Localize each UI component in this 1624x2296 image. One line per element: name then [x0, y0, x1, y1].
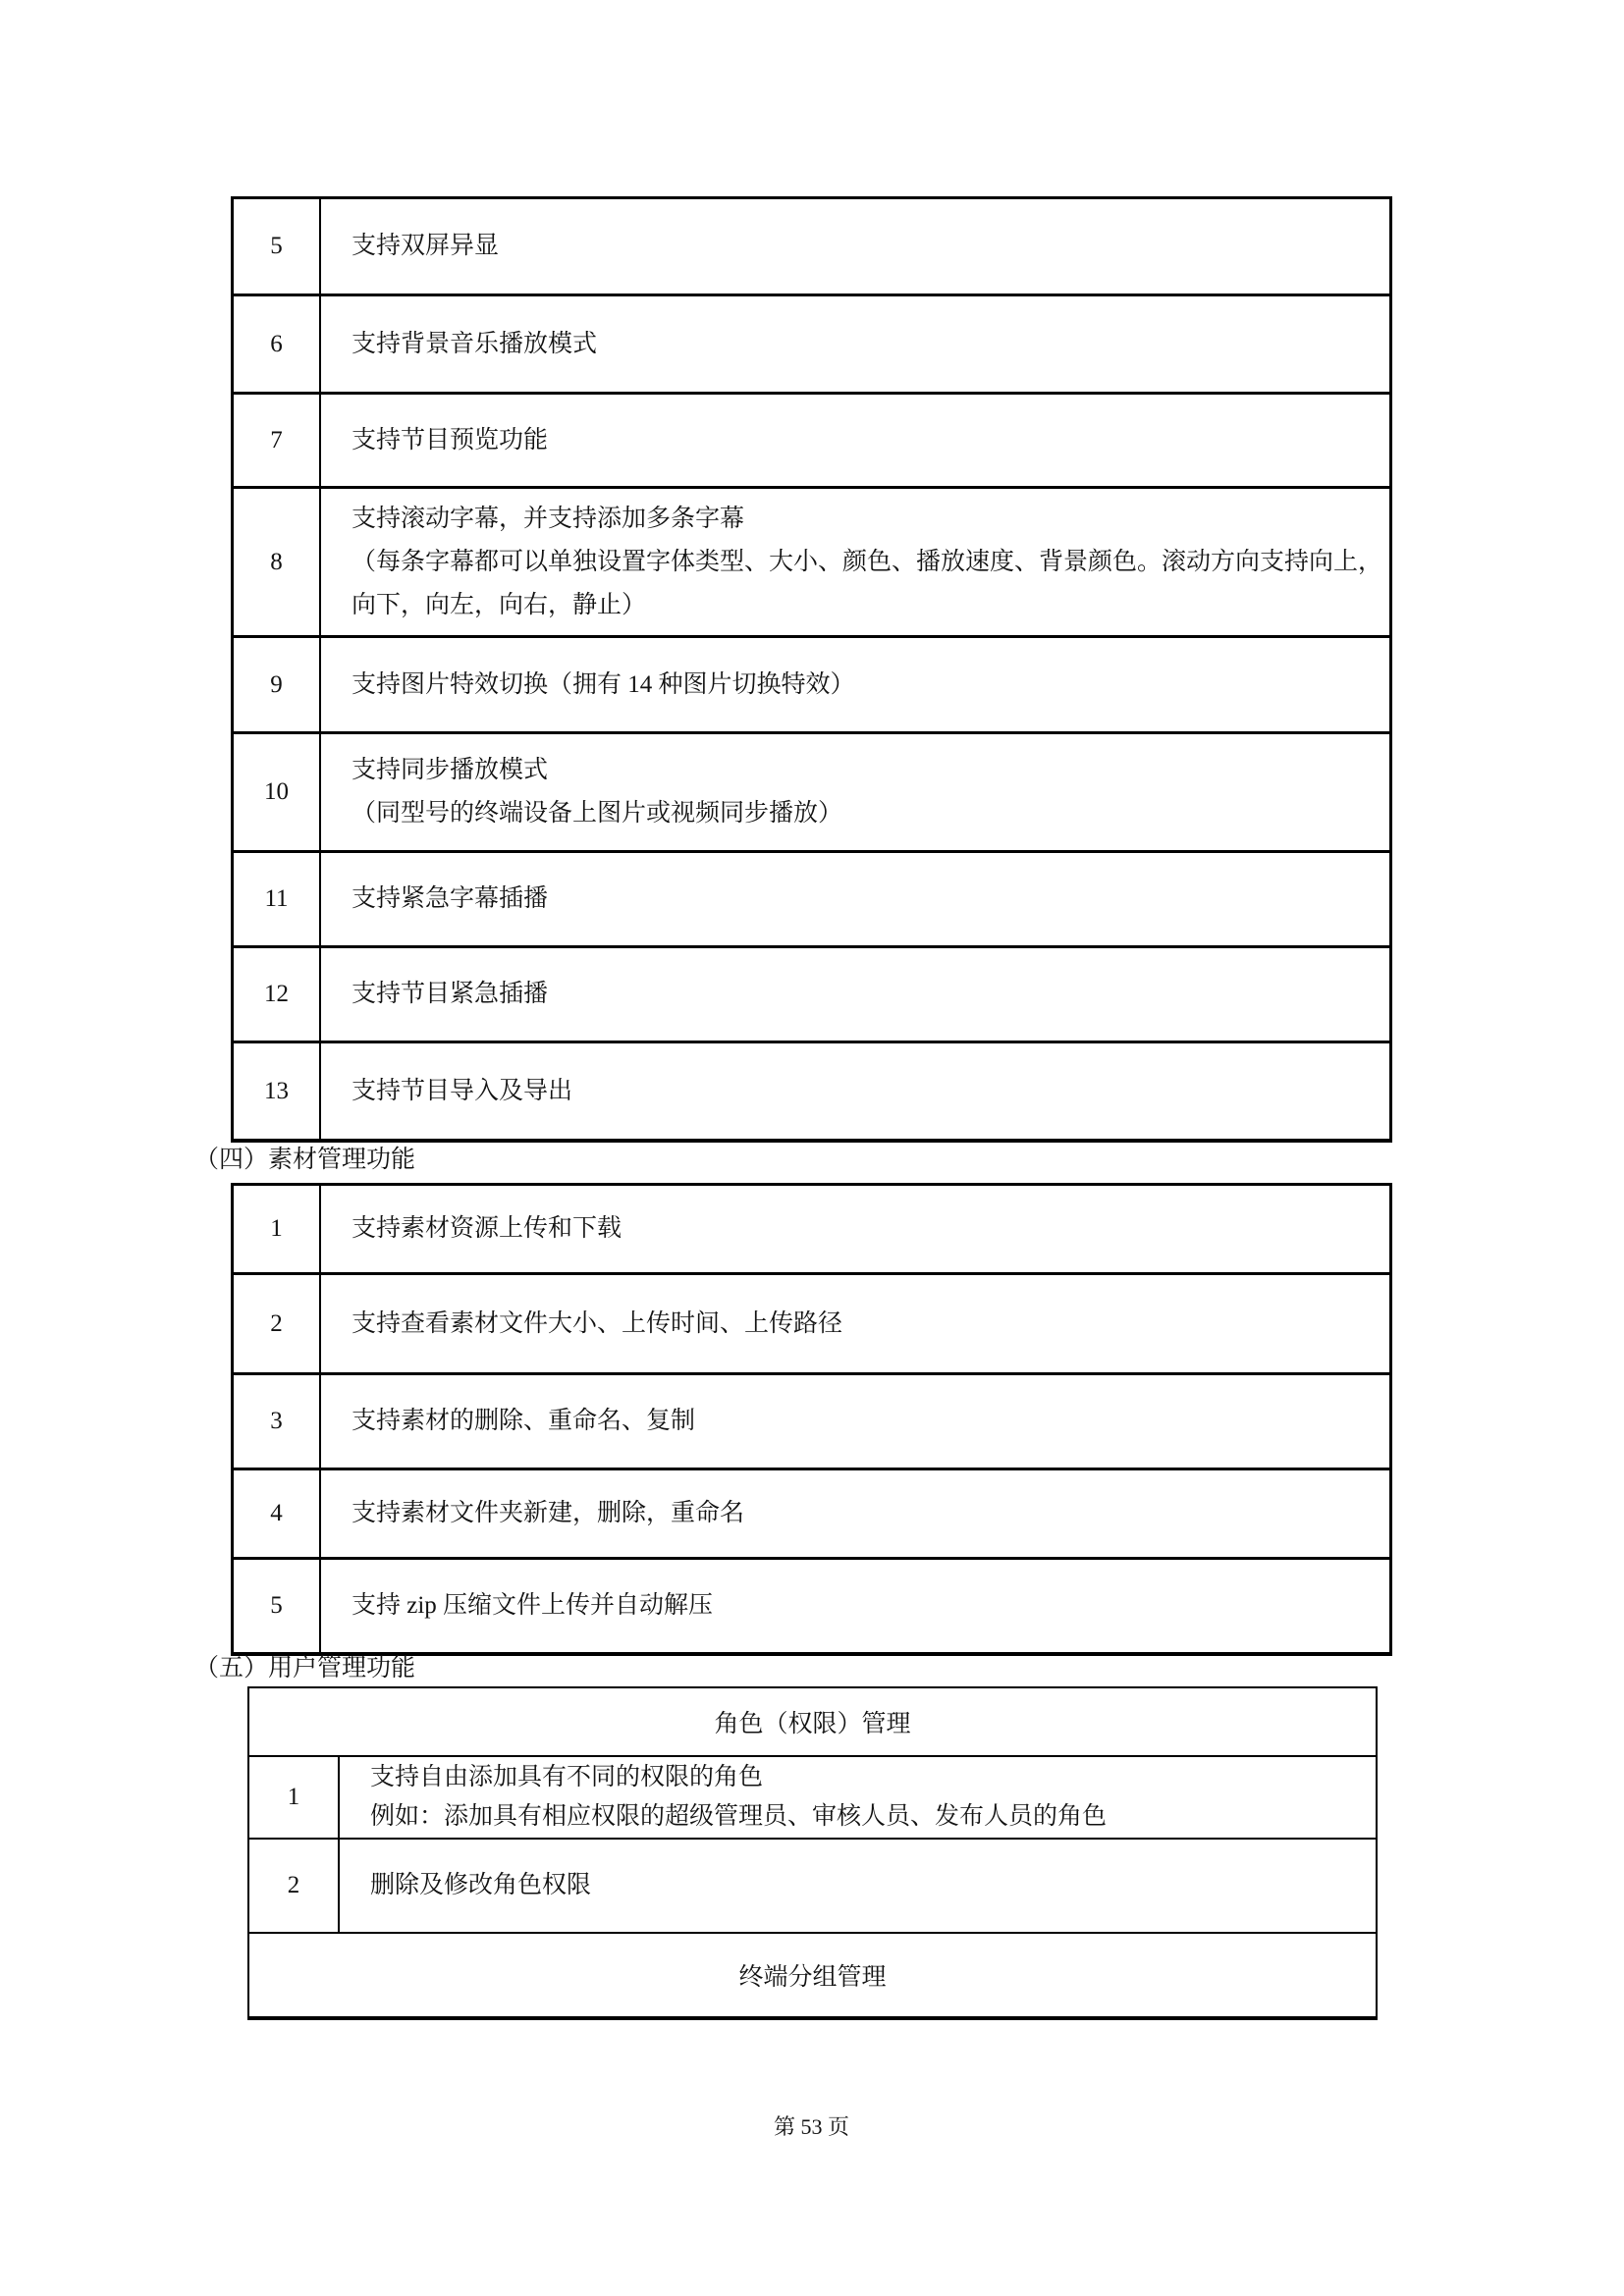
- row-text-line: 向下，向左，向右，静止）: [352, 584, 1382, 627]
- user-management-table: 角色（权限）管理 1 支持自由添加具有不同的权限的角色 例如：添加具有相应权限的…: [247, 1686, 1378, 2020]
- row-number: 1: [249, 1757, 340, 1838]
- row-content: 删除及修改角色权限: [340, 1840, 1376, 1932]
- row-content: 支持素材资源上传和下载: [321, 1186, 1389, 1272]
- table-row: 11 支持紧急字幕插播: [234, 853, 1389, 948]
- table-row: 12 支持节目紧急插播: [234, 948, 1389, 1043]
- table-row: 8 支持滚动字幕，并支持添加多条字幕 （每条字幕都可以单独设置字体类型、大小、颜…: [234, 489, 1389, 638]
- row-number: 1: [234, 1186, 321, 1272]
- row-number-text: 10: [264, 778, 289, 806]
- row-number-text: 1: [288, 1784, 300, 1811]
- row-text-line: 支持自由添加具有不同的权限的角色: [370, 1758, 1352, 1797]
- row-number-text: 13: [264, 1078, 289, 1105]
- table-row: 7 支持节目预览功能: [234, 395, 1389, 489]
- row-number: 7: [234, 395, 321, 486]
- row-number-text: 9: [270, 671, 283, 699]
- table-row: 2 支持查看素材文件大小、上传时间、上传路径: [234, 1275, 1389, 1375]
- row-number-text: 4: [270, 1500, 283, 1527]
- section-heading-material-management: （四）素材管理功能: [194, 1145, 415, 1176]
- row-text-line: 支持滚动字幕，并支持添加多条字幕: [352, 498, 1382, 541]
- row-number: 13: [234, 1043, 321, 1139]
- row-number: 5: [234, 1560, 321, 1652]
- row-content: 支持双屏异显: [321, 199, 1389, 294]
- table-group-header-row: 角色（权限）管理: [249, 1688, 1376, 1757]
- row-number-text: 8: [270, 549, 283, 576]
- row-number: 4: [234, 1470, 321, 1557]
- table-row: 13 支持节目导入及导出: [234, 1043, 1389, 1139]
- row-number: 9: [234, 638, 321, 731]
- row-content: 支持节目预览功能: [321, 395, 1389, 486]
- row-number-text: 5: [270, 233, 283, 260]
- row-text-line: 支持节目导入及导出: [352, 1070, 1366, 1113]
- row-number-text: 5: [270, 1592, 283, 1620]
- table-row: 5 支持 zip 压缩文件上传并自动解压: [234, 1560, 1389, 1652]
- row-number-text: 2: [270, 1310, 283, 1338]
- document-page: 5 支持双屏异显 6 支持背景音乐播放模式 7 支持节目预览功能 8 支持滚动字…: [0, 0, 1624, 2296]
- table-group-footer-row: 终端分组管理: [249, 1934, 1376, 2016]
- row-content: 支持 zip 压缩文件上传并自动解压: [321, 1560, 1389, 1652]
- row-text-line: 支持紧急字幕插播: [352, 878, 1366, 921]
- row-text-line: 支持素材的删除、重命名、复制: [352, 1400, 1366, 1443]
- table-row: 9 支持图片特效切换（拥有 14 种图片切换特效）: [234, 638, 1389, 734]
- row-content: 支持背景音乐播放模式: [321, 296, 1389, 392]
- row-text-line: 支持节目紧急插播: [352, 973, 1366, 1016]
- row-content: 支持素材文件夹新建，删除，重命名: [321, 1470, 1389, 1557]
- row-number-text: 3: [270, 1408, 283, 1435]
- row-number-text: 2: [288, 1872, 300, 1899]
- row-text-line: 支持双屏异显: [352, 225, 1366, 268]
- row-number: 2: [234, 1275, 321, 1372]
- row-text-line: 支持背景音乐播放模式: [352, 323, 1366, 366]
- row-text-line: 支持 zip 压缩文件上传并自动解压: [352, 1584, 1366, 1628]
- row-number-text: 12: [264, 981, 289, 1008]
- page-number: 第 53 页: [231, 2110, 1392, 2141]
- row-number-text: 1: [270, 1215, 283, 1243]
- section-heading-user-management: （五）用户管理功能: [194, 1653, 415, 1684]
- table-row: 1 支持自由添加具有不同的权限的角色 例如：添加具有相应权限的超级管理员、审核人…: [249, 1757, 1376, 1840]
- row-content: 支持自由添加具有不同的权限的角色 例如：添加具有相应权限的超级管理员、审核人员、…: [340, 1757, 1376, 1838]
- row-content: 支持紧急字幕插播: [321, 853, 1389, 945]
- row-text-line: （每条字幕都可以单独设置字体类型、大小、颜色、播放速度、背景颜色。滚动方向支持向…: [352, 541, 1382, 584]
- row-text-line: 支持同步播放模式: [352, 749, 1366, 792]
- row-text-line: 例如：添加具有相应权限的超级管理员、审核人员、发布人员的角色: [370, 1797, 1352, 1837]
- row-text-line: 支持图片特效切换（拥有 14 种图片切换特效）: [352, 664, 1366, 707]
- row-number: 11: [234, 853, 321, 945]
- table-row: 10 支持同步播放模式 （同型号的终端设备上图片或视频同步播放）: [234, 734, 1389, 853]
- playback-features-table: 5 支持双屏异显 6 支持背景音乐播放模式 7 支持节目预览功能 8 支持滚动字…: [231, 196, 1392, 1143]
- row-number: 5: [234, 199, 321, 294]
- row-content: 支持节目紧急插播: [321, 948, 1389, 1041]
- row-text-line: （同型号的终端设备上图片或视频同步播放）: [352, 792, 1366, 835]
- row-number: 12: [234, 948, 321, 1041]
- row-number: 3: [234, 1375, 321, 1468]
- row-number-text: 7: [270, 427, 283, 454]
- row-content: 支持节目导入及导出: [321, 1043, 1389, 1139]
- row-text-line: 支持素材文件夹新建，删除，重命名: [352, 1492, 1366, 1535]
- row-number-text: 11: [264, 885, 288, 913]
- row-content: 支持图片特效切换（拥有 14 种图片切换特效）: [321, 638, 1389, 731]
- row-content: 支持查看素材文件大小、上传时间、上传路径: [321, 1275, 1389, 1372]
- row-text-line: 支持素材资源上传和下载: [352, 1207, 1366, 1251]
- row-number: 6: [234, 296, 321, 392]
- row-number: 2: [249, 1840, 340, 1932]
- table-row: 6 支持背景音乐播放模式: [234, 296, 1389, 395]
- table-row: 1 支持素材资源上传和下载: [234, 1186, 1389, 1275]
- table-row: 5 支持双屏异显: [234, 199, 1389, 296]
- row-number-text: 6: [270, 331, 283, 358]
- material-management-table: 1 支持素材资源上传和下载 2 支持查看素材文件大小、上传时间、上传路径 3 支…: [231, 1183, 1392, 1656]
- table-row: 3 支持素材的删除、重命名、复制: [234, 1375, 1389, 1470]
- group-header-text: 角色（权限）管理: [249, 1688, 1376, 1755]
- row-content: 支持素材的删除、重命名、复制: [321, 1375, 1389, 1468]
- row-number: 10: [234, 734, 321, 850]
- row-content: 支持滚动字幕，并支持添加多条字幕 （每条字幕都可以单独设置字体类型、大小、颜色、…: [321, 489, 1406, 635]
- row-text-line: 删除及修改角色权限: [370, 1866, 1352, 1905]
- row-text-line: 支持节目预览功能: [352, 419, 1366, 462]
- table-row: 4 支持素材文件夹新建，删除，重命名: [234, 1470, 1389, 1560]
- group-footer-text: 终端分组管理: [249, 1934, 1376, 2016]
- table-row: 2 删除及修改角色权限: [249, 1840, 1376, 1934]
- row-number: 8: [234, 489, 321, 635]
- row-content: 支持同步播放模式 （同型号的终端设备上图片或视频同步播放）: [321, 734, 1389, 850]
- row-text-line: 支持查看素材文件大小、上传时间、上传路径: [352, 1303, 1366, 1346]
